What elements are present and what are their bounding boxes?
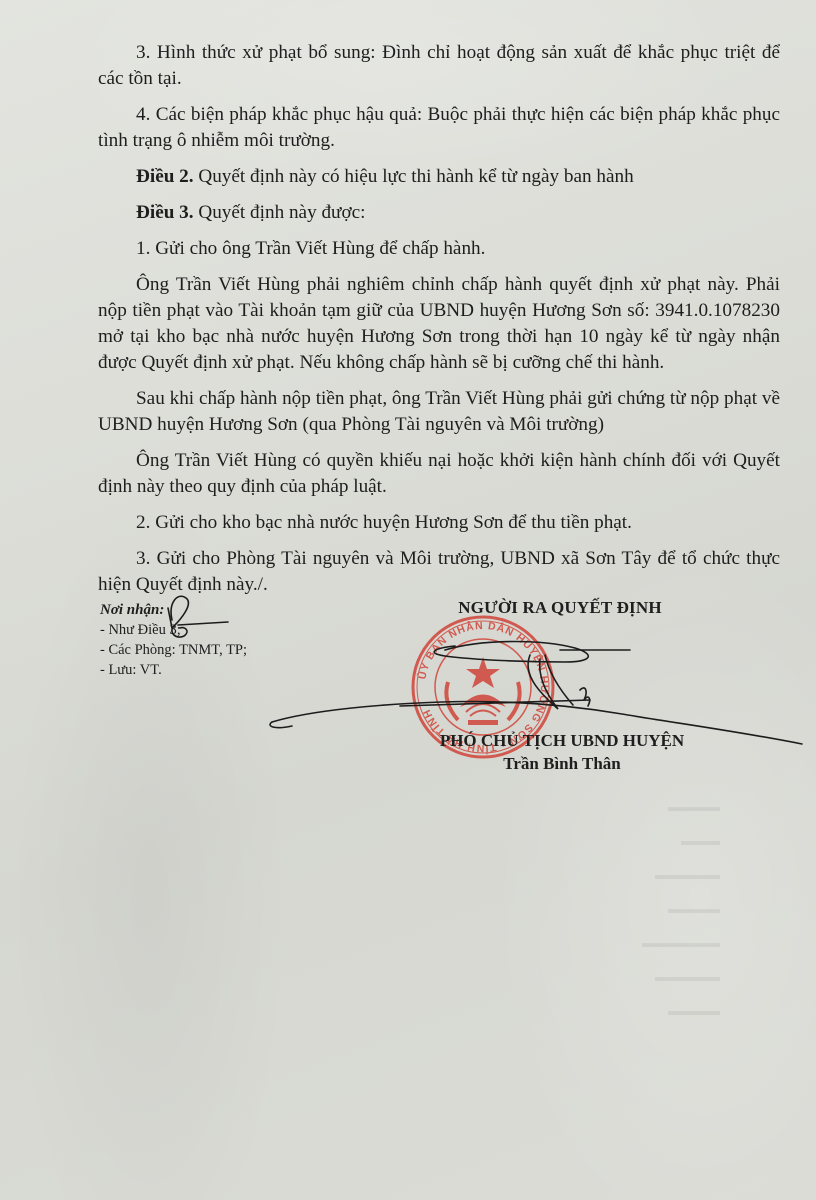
paragraph-submit-receipt: Sau khi chấp hành nộp tiền phạt, ông Trầ… (98, 386, 780, 438)
signature-block: NGƯỜI RA QUYẾT ĐỊNH (410, 598, 710, 618)
article-3-text: Quyết định này được: (194, 202, 366, 223)
paragraph-remedial-measures: 4. Các biện pháp khắc phục hậu quả: Buộc… (98, 102, 780, 154)
paragraph-payment-obligation: Ông Trần Viết Hùng phải nghiêm chỉnh chấ… (98, 272, 780, 376)
article-3: Điều 3. Quyết định này được: (98, 200, 780, 226)
recipient-item: - Lưu: VT. (100, 660, 247, 680)
document-body: 3. Hình thức xử phạt bổ sung: Đình chỉ h… (98, 40, 780, 608)
signer-name: Trần Bình Thân (412, 754, 712, 774)
article-2-label: Điều 2. (136, 166, 194, 187)
article-2: Điều 2. Quyết định này có hiệu lực thi h… (98, 164, 780, 190)
paragraph-supplementary-penalty: 3. Hình thức xử phạt bổ sung: Đình chỉ h… (98, 40, 780, 92)
recipient-item: - Như Điều 3; (100, 620, 247, 640)
paragraph-right-to-appeal: Ông Trần Viết Hùng có quyền khiếu nại ho… (98, 448, 780, 500)
recipients-block: Nơi nhận: - Như Điều 3; - Các Phòng: TNM… (100, 600, 247, 680)
signer-title: PHÓ CHỦ TỊCH UBND HUYỆN (412, 731, 712, 751)
recipient-item: - Các Phòng: TNMT, TP; (100, 640, 247, 660)
recipients-title: Nơi nhận: (100, 600, 247, 620)
article-3-label: Điều 3. (136, 202, 194, 223)
signer-role: NGƯỜI RA QUYẾT ĐỊNH (410, 598, 710, 618)
paragraph-send-to-hung: 1. Gửi cho ông Trần Viết Hùng để chấp hà… (98, 236, 780, 262)
article-2-text: Quyết định này có hiệu lực thi hành kể t… (194, 166, 634, 187)
paragraph-send-to-treasury: 2. Gửi cho kho bạc nhà nước huyện Hương … (98, 510, 780, 536)
bleed-through-text: ▬▬▬▬▬▬▬▬▬▬▬▬▬▬▬▬▬▬▬▬▬▬▬▬▬▬▬▬▬▬▬ (560, 790, 720, 1028)
paragraph-send-to-department: 3. Gửi cho Phòng Tài nguyên và Môi trườn… (98, 546, 780, 598)
